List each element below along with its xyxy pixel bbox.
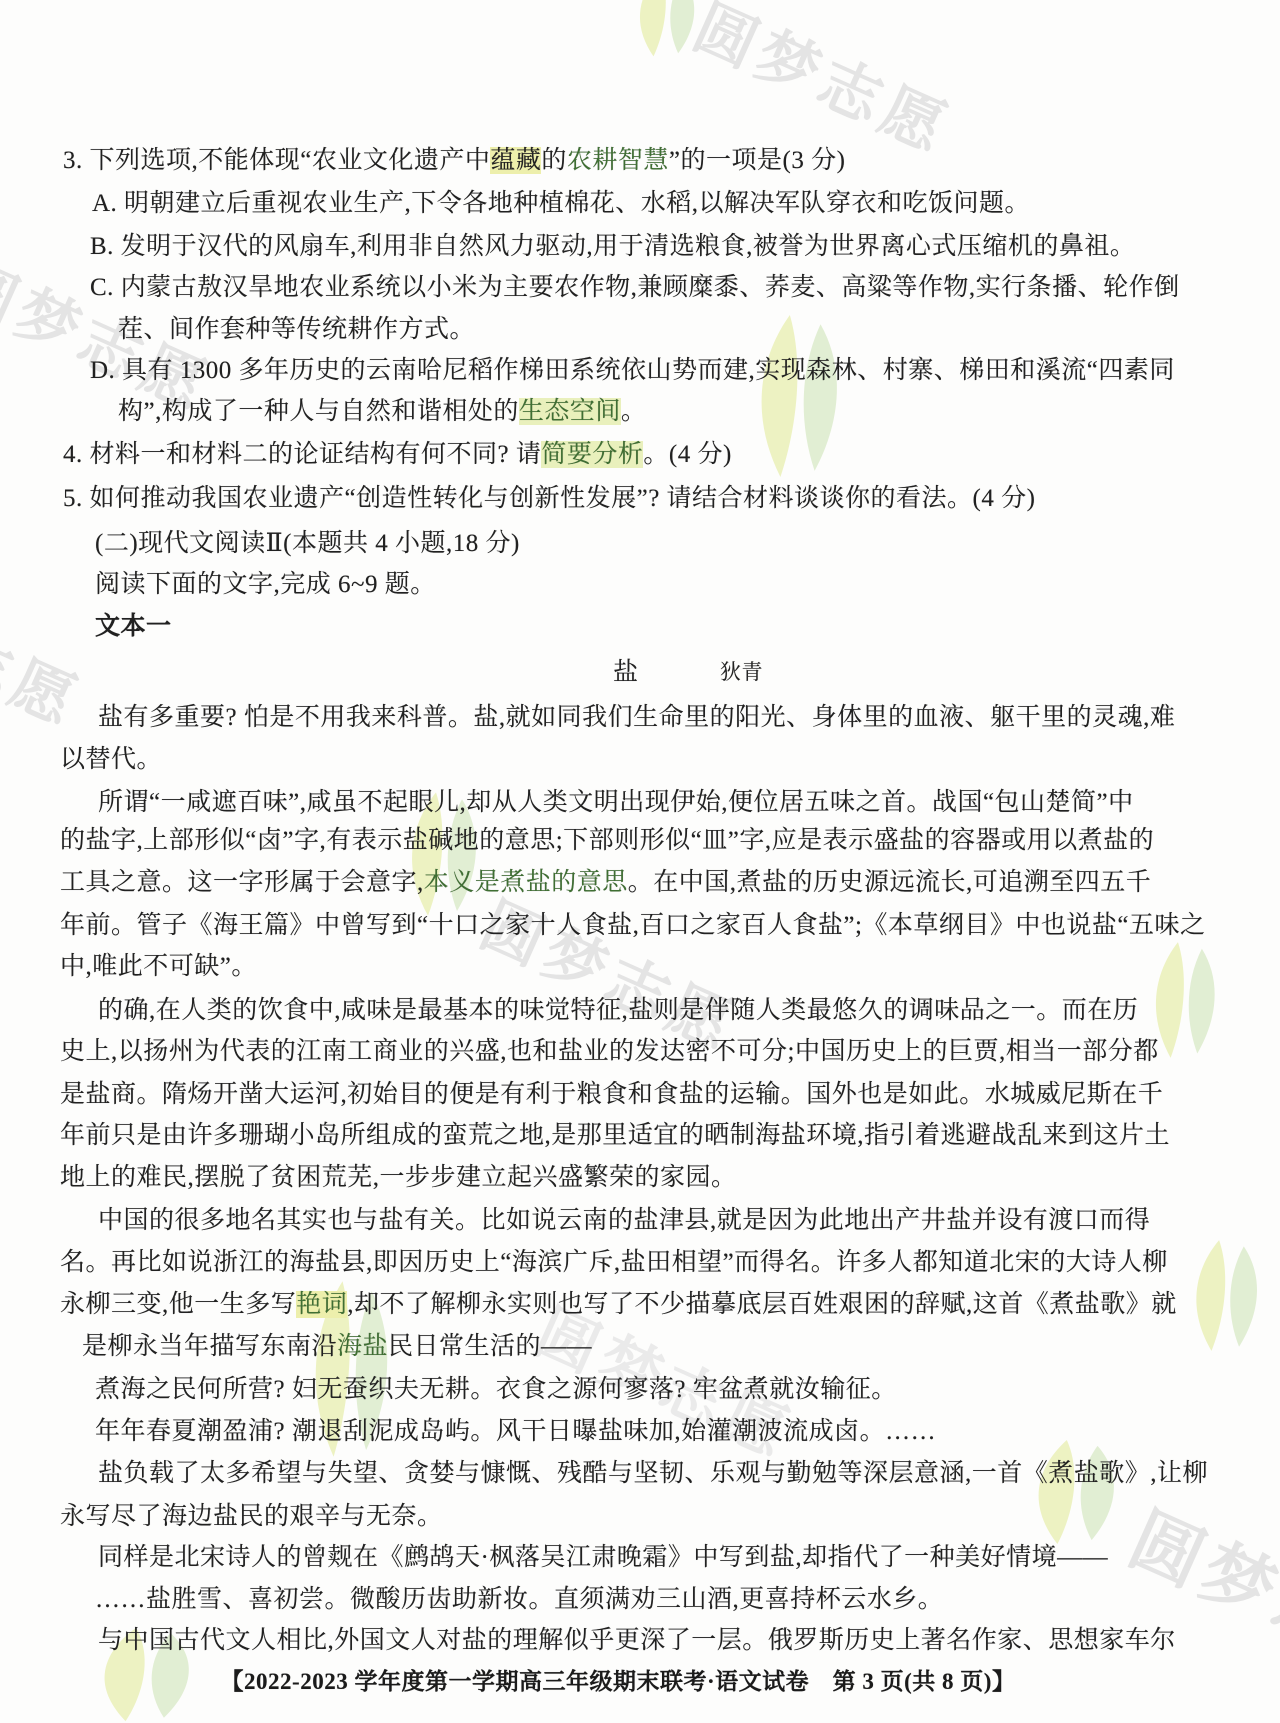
essay-author: 狄青 [720, 656, 763, 686]
poem-line: ……盐胜雪、喜初尝。微酸历齿助新妆。直须满劝三山酒,更喜持杯云水乡。 [95, 1579, 943, 1615]
essay-line: 盐负载了太多希望与失望、贪婪与慷慨、残酷与坚韧、乐观与勤勉等深层意涵,一首《煮盐… [98, 1453, 1208, 1489]
highlight-term: 艳词 [296, 1291, 347, 1318]
highlight-term: 蕴藏 [490, 147, 541, 174]
essay-line: 以替代。 [60, 739, 162, 775]
essay-line: 同样是北宋诗人的曾觌在《鹧鸪天·枫落吴江肃晚霜》中写到盐,却指代了一种美好情境—… [98, 1537, 1108, 1573]
essay-line: 史上,以扬州为代表的江南工商业的兴盛,也和盐业的发达密不可分;中国历史上的巨贾,… [60, 1031, 1159, 1067]
option-d-continued: 构”,构成了一种人与自然和谐相处的生态空间。 [118, 391, 646, 427]
highlight-term: 生态空间 [519, 398, 621, 425]
question-text: 的 [541, 147, 567, 174]
text-one-label: 文本一 [95, 606, 172, 642]
question-5-line: 5. 如何推动我国农业遗产“创造性转化与创新性发展”? 请结合材料谈谈你的看法。… [63, 478, 1035, 514]
option-a: A. 明朝建立后重视农业生产,下令各地种植棉花、水稻,以解决军队穿衣和吃饭问题。 [92, 183, 1030, 219]
option-text: 构”,构成了一种人与自然和谐相处的 [118, 398, 519, 425]
highlight-term: 本义是煮盐的意思 [424, 869, 628, 896]
essay-line: 是柳永当年描写东南沿海盐民日常生活的—— [82, 1326, 592, 1362]
essay-title: 盐 [613, 652, 639, 688]
essay-line: 的确,在人类的饮食中,咸味是最基本的味觉特征,盐则是伴随人类最悠久的调味品之一。… [98, 990, 1138, 1026]
option-c-continued: 茬、间作套种等传统耕作方式。 [118, 309, 475, 345]
poem-line: 年年春夏潮盈浦? 潮退刮泥成岛屿。风干日曝盐味加,始灌潮波流成卤。…… [95, 1411, 936, 1447]
essay-text: 。在中国,煮盐的历史源远流长,可追溯至四五千 [628, 869, 1152, 896]
essay-line: 名。再比如说浙江的海盐县,即因历史上“海滨广斥,盐田相望”而得名。许多人都知道北… [60, 1242, 1168, 1278]
essay-line: 永写尽了海边盐民的艰辛与无奈。 [60, 1496, 443, 1532]
essay-line: 地上的难民,摆脱了贫困荒芜,一步步建立起兴盛繁荣的家园。 [60, 1157, 737, 1193]
essay-line: 所谓“一咸遮百味”,咸虽不起眼儿,却从人类文明出现伊始,便位居五味之首。战国“包… [98, 782, 1134, 818]
question-text: ”的一项是(3 分) [669, 147, 846, 174]
essay-line: 年前只是由许多珊瑚小岛所组成的蛮荒之地,是那里适宜的晒制海盐环境,指引着逃避战乱… [60, 1115, 1170, 1151]
leaf-watermark-icon [1183, 1238, 1278, 1353]
essay-line: 中国的很多地名其实也与盐有关。比如说云南的盐津县,就是因为此地出产井盐并设有渡口… [98, 1200, 1150, 1236]
essay-line: 工具之意。这一字形属于会意字,本义是煮盐的意思。在中国,煮盐的历史源远流长,可追… [60, 862, 1151, 898]
question-text: 4. 材料一和材料二的论证结构有何不同? 请 [63, 441, 541, 468]
page-footer: 【2022-2023 学年度第一学期高三年级期末联考·语文试卷 第 3 页(共 … [0, 1663, 1258, 1696]
highlight-term: 农耕智慧 [567, 147, 669, 174]
essay-line: 是盐商。隋炀开凿大运河,初始目的便是有利于粮食和食盐的运输。国外也是如此。水城威… [60, 1074, 1163, 1110]
essay-line: 永柳三变,他一生多写艳词,却不了解柳永实则也写了不少描摹底层百姓艰困的辞赋,这首… [60, 1284, 1177, 1320]
question-3-line: 3. 下列选项,不能体现“农业文化遗产中蕴藏的农耕智慧”的一项是(3 分) [63, 140, 845, 176]
option-text: 。 [621, 398, 647, 425]
essay-line: 的盐字,上部形似“卤”字,有表示盐碱地的意思;下部则形似“皿”字,应是表示盛盐的… [60, 820, 1154, 856]
option-d: D. 具有 1300 多年历史的云南哈尼稻作梯田系统依山势而建,实现森林、村寨、… [90, 350, 1175, 386]
leaf-watermark-icon [745, 312, 863, 480]
essay-line: 与中国古代文人相比,外国文人对盐的理解似乎更深了一层。俄罗斯历史上著名作家、思想… [98, 1620, 1176, 1656]
essay-text: ,却不了解柳永实则也写了不少描摹底层百姓艰困的辞赋,这首《煮盐歌》就 [347, 1291, 1177, 1318]
highlight-term: 海盐 [337, 1333, 388, 1360]
question-4-line: 4. 材料一和材料二的论证结构有何不同? 请简要分析。(4 分) [63, 434, 732, 470]
exam-scan-page: 圆梦志愿 圆梦志愿 圆梦志愿 圆梦志愿 圆梦志愿 圆梦志愿 3. 下列选项,不能… [0, 0, 1280, 1723]
brand-watermark: 圆梦志愿 [0, 551, 96, 743]
question-text: 3. 下列选项,不能体现“农业文化遗产中 [63, 147, 490, 174]
question-text: 。(4 分) [643, 441, 731, 468]
reading-instruction: 阅读下面的文字,完成 6~9 题。 [95, 564, 436, 600]
essay-text: 工具之意。这一字形属于会意字, [60, 869, 424, 896]
poem-line: 煮海之民何所营? 妇无蚕织夫无耕。衣食之源何寥落? 牢盆煮就汝输征。 [95, 1369, 897, 1405]
highlight-term: 简要分析 [541, 441, 643, 468]
essay-line: 中,唯此不可缺”。 [60, 946, 257, 982]
essay-text: 民日常生活的—— [388, 1333, 592, 1360]
essay-text: 永柳三变,他一生多写 [60, 1291, 296, 1318]
option-c: C. 内蒙古敖汉旱地农业系统以小米为主要农作物,兼顾糜黍、荞麦、高粱等作物,实行… [90, 267, 1180, 303]
essay-line: 盐有多重要? 怕是不用我来科普。盐,就如同我们生命里的阳光、身体里的血液、躯干里… [98, 697, 1175, 733]
essay-line: 年前。管子《海王篇》中曾写到“十口之家十人食盐,百口之家百人食盐”;《本草纲目》… [60, 905, 1206, 941]
essay-text: 是柳永当年描写东南沿 [82, 1333, 337, 1360]
section-heading: (二)现代文阅读Ⅱ(本题共 4 小题,18 分) [95, 523, 520, 559]
option-b: B. 发明于汉代的风扇车,利用非自然风力驱动,用于清选粮食,被誉为世界离心式压缩… [90, 226, 1135, 262]
